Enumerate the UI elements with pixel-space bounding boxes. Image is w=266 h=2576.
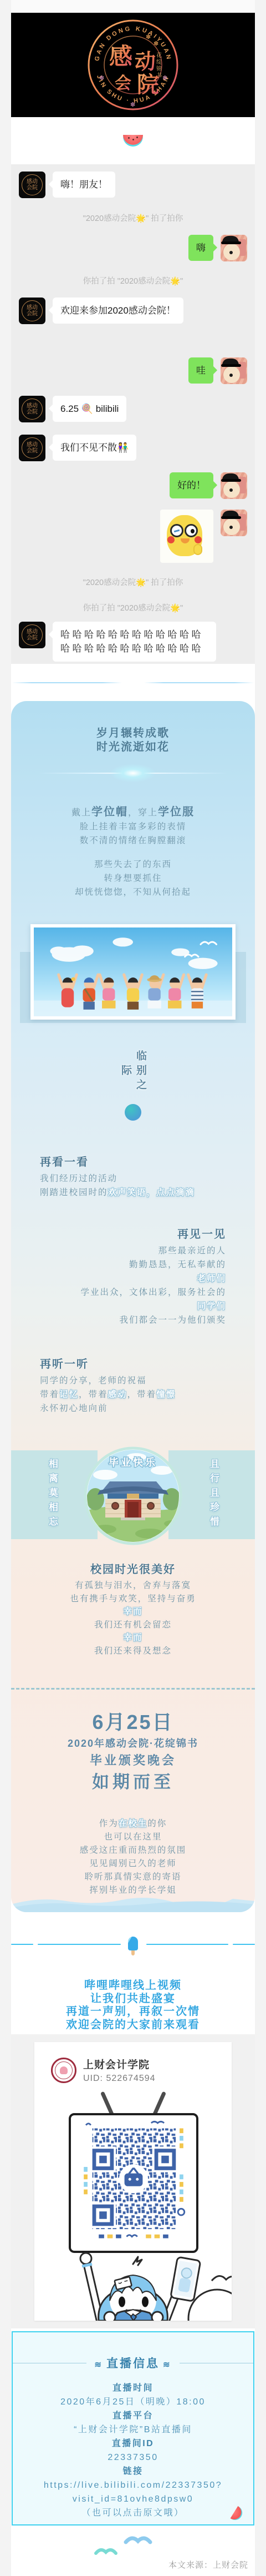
kids-waving-illustration <box>30 924 236 1020</box>
divider-line <box>144 682 254 683</box>
poster-line: 刚踏进校园时的欢声笑语，点点滴滴 <box>40 1186 226 1199</box>
qr-code[interactable] <box>71 2115 196 2251</box>
section-divider <box>11 664 255 701</box>
divider-line <box>12 682 122 683</box>
live-label: 直播时间 <box>13 2381 253 2395</box>
message-text: 欢迎来参加2020感动会院！ <box>60 305 176 316</box>
poster-line: 带着记忆，带着感动，带着憧憬 <box>40 1388 226 1402</box>
chat-bubble[interactable]: 嗨 <box>188 235 213 261</box>
chat-area: 感动会院 嗨！朋友！ "2020感动会院🌟" 拍了拍你 嗨 你拍了拍 "2020… <box>11 164 255 664</box>
divider-line <box>146 1944 228 1945</box>
live-label: 直播间ID <box>13 2437 253 2451</box>
event-gala: 毕业颁奖晚会 <box>11 1752 255 1770</box>
event-date: 6月25日 <box>11 1710 255 1735</box>
message-text: 哈哈哈哈哈哈哈哈哈哈哈哈哈哈哈哈哈哈哈哈哈哈哈哈 <box>60 629 203 654</box>
poster-line: 见见阔别已久的老师 <box>11 1857 255 1871</box>
org-uid: UID: 522674594 <box>83 2074 156 2084</box>
event-block: 6月25日 2020年感动会院·花绽锦书 毕业颁奖晚会 如期而至 <box>11 1710 255 1795</box>
message-text: 嗨！朋友！ <box>60 179 108 190</box>
group-avatar[interactable]: 感动会院 <box>19 622 45 648</box>
svg-text:✽: ✽ <box>162 75 167 82</box>
section-title: 再听一听 <box>40 1356 226 1373</box>
live-value: “上财会计学院”B站直播间 <box>13 2423 253 2437</box>
pat-system-message: "2020感动会院🌟" 拍了拍你 <box>19 212 247 224</box>
page-top-gap <box>11 0 255 13</box>
seal-char: 动 <box>135 51 156 74</box>
live-label: 直播平台 <box>13 2409 253 2423</box>
campus-circle-illustration: 毕业快乐 <box>83 1446 183 1546</box>
poster-line: 我们都会一一为他们颁奖 <box>40 1313 226 1327</box>
section-title: 再见一见 <box>40 1226 226 1243</box>
poster-line: 感受这庄重而热烈的氛围 <box>11 1844 255 1857</box>
graduation-poster-card: 岁月辗转成歌 时光流逝如花 戴上学位帽，穿上学位服 脸上挂着丰富多彩的表情 数不… <box>11 701 255 1912</box>
group-avatar[interactable]: 感动会院 <box>19 435 45 461</box>
chat-bubble[interactable]: 好的！ <box>170 472 213 498</box>
chat-message: 感动会院 哈哈哈哈哈哈哈哈哈哈哈哈哈哈哈哈哈哈哈哈哈哈哈哈 <box>19 622 247 662</box>
live-room-id: 22337350 <box>13 2451 253 2464</box>
poster-line: 那些失去了的东西 <box>11 858 255 871</box>
popsicle-divider-section <box>11 1912 255 1976</box>
article-page: GAN DONG KUAIYUAN JIN SHU · HUA ZHAN 感 动… <box>11 0 255 2576</box>
poster-line: 我们还来得及想念 <box>11 1645 255 1658</box>
pat-system-message: 你拍了拍 "2020感动会院🌟" <box>19 275 247 286</box>
user-avatar[interactable] <box>221 357 247 384</box>
message-text: 6.25 🍭 bilibili <box>60 404 119 414</box>
bilibili-announce: 哔哩哔哩线上视频 让我们共赴盛宴 再道一声别，再叙一次情 欢迎会院的大家前来观看 <box>11 1976 255 2034</box>
poster-opening: 岁月辗转成歌 时光流逝如花 <box>11 727 255 754</box>
right-vertical-text: 且行且珍惜 <box>207 1459 221 1531</box>
poster-line: 戴上学位帽，穿上学位服 <box>11 805 255 820</box>
popsicle-icon <box>128 1937 138 1955</box>
chat-message: 感动会院 我们不见不散👫 <box>19 435 247 461</box>
bird-icons <box>91 2531 175 2560</box>
bilibili-tv-qr-board <box>69 2113 198 2253</box>
poster-line: 也可以在这里 <box>11 1831 255 1844</box>
divider-line <box>233 1944 255 1945</box>
live-link[interactable]: visit_id=81ovhe8dpsw0 <box>13 2492 253 2506</box>
dashed-divider <box>11 1688 255 1690</box>
event-arrive: 如期而至 <box>11 1770 255 1795</box>
listen-section: 再听一听 同学的分享，老师的祝福 带着记忆，带着感动，带着憧憬 永怀初心地向前 <box>11 1356 255 1415</box>
chat-bubble[interactable]: 6.25 🍭 bilibili <box>53 396 126 422</box>
poster-line: 学业出众，文体出彩，服务社会的 <box>40 1286 226 1299</box>
tv-antenna-icon <box>152 2091 166 2116</box>
live-label: 链接 <box>13 2464 253 2478</box>
group-avatar[interactable]: 感动会院 <box>19 172 45 198</box>
wave-deco-icon: ≋ <box>91 2360 106 2370</box>
footer: 本文来源：上财会院 <box>11 2527 255 2576</box>
chat-message: 感动会院 6.25 🍭 bilibili <box>19 396 247 422</box>
pat-system-message: "2020感动会院🌟" 拍了拍你 <box>19 576 247 588</box>
seal-subtitle-text: 花绽锦书 <box>155 52 162 79</box>
chat-message: 好的！ <box>19 472 247 499</box>
mascot-girl-illustration <box>34 2247 232 2321</box>
farewell-vertical-title: 临别之际 <box>118 1045 148 1098</box>
poster-line: 脸上挂着丰富多彩的表情 <box>11 820 255 834</box>
gandong-seal-logo-icon: GAN DONG KUAIYUAN JIN SHU · HUA ZHAN 感 动… <box>86 18 180 112</box>
duck-sticker[interactable] <box>160 510 213 563</box>
poster-line: 转身想要抓住 <box>11 871 255 885</box>
message-text: 嗨 <box>196 243 206 253</box>
source-credit: 本文来源：上财会院 <box>168 2559 248 2570</box>
wave-deco-icon: ≋ <box>160 2360 175 2370</box>
announce-line: 再道一声别，再叙一次情 <box>11 2005 255 2019</box>
circle-title-text: 毕业快乐 <box>109 1456 157 1468</box>
school-seal-logo-icon <box>51 2058 76 2083</box>
pat-system-message: 你拍了拍 "2020感动会院🌟" <box>19 602 247 613</box>
chat-message-sticker <box>19 510 247 563</box>
event-name: 2020年感动会院·花绽锦书 <box>11 1735 255 1752</box>
photo-block <box>11 918 255 1024</box>
live-link[interactable]: https://live.bilibili.com/22337350? <box>13 2478 253 2492</box>
invite-block: 作为在校生的你 也可以在这里 感受这庄重而热烈的氛围 见见阔别已久的老师 聆听那… <box>11 1817 255 1897</box>
poster-line: 老师们 <box>40 1272 226 1286</box>
poster-line: 同学的分享，老师的祝福 <box>40 1374 226 1388</box>
tv-antenna-icon <box>100 2091 114 2116</box>
qr-card: 上财会计学院 UID: 522674594 <box>34 2042 232 2321</box>
campus-illustration-block: 相离莫相忘 且行且珍惜 <box>11 1446 255 1546</box>
message-text: 好的！ <box>177 480 206 491</box>
campus-time-section: 校园时光很美好 有孤独与泪水，舍弃与落寞 也有携手与欢笑，坚持与奋勇 幸而 我们… <box>11 1561 255 1657</box>
live-info-section: ≋直播信息≋ 直播时间 2020年6月25日（明晚）18:00 直播平台 “上财… <box>11 2328 255 2527</box>
banner: GAN DONG KUAIYUAN JIN SHU · HUA ZHAN 感 动… <box>11 13 255 117</box>
live-info-title: ≋直播信息≋ <box>86 2355 179 2371</box>
poster-line: 我们经历过的活动 <box>40 1172 226 1186</box>
svg-text:✽: ✽ <box>130 102 135 108</box>
poster-line: 那些最亲近的人 <box>40 1244 226 1258</box>
seal-char: 会 <box>115 74 131 93</box>
divider-line <box>11 1944 33 1945</box>
live-info-header: ≋直播信息≋ <box>13 2355 253 2371</box>
org-row: 上财会计学院 UID: 522674594 <box>51 2056 156 2084</box>
watermelon-divider <box>11 117 255 164</box>
avatar-seal-text: 感动会院 <box>26 179 38 191</box>
avatar-seal-text: 感动会院 <box>26 629 38 641</box>
poster-line: 同学们 <box>40 1299 226 1313</box>
poster-line: 有孤独与泪水，舍弃与落寞 <box>11 1579 255 1592</box>
poster-line: 岁月辗转成歌 <box>11 727 255 740</box>
avatar-seal-text: 感动会院 <box>26 305 38 317</box>
poster-line: 作为在校生的你 <box>11 1817 255 1831</box>
user-avatar[interactable] <box>221 472 247 499</box>
poster-line: 也有携手与欢笑，坚持与奋勇 <box>11 1592 255 1606</box>
chat-message: 感动会院 欢迎来参加2020感动会院！ <box>19 298 247 324</box>
message-text: 我们不见不散👫 <box>60 442 129 453</box>
poster-line: 幸而 <box>11 1631 255 1645</box>
chat-bubble[interactable]: 哈哈哈哈哈哈哈哈哈哈哈哈哈哈哈哈哈哈哈哈哈哈哈哈 <box>53 622 216 662</box>
lens-flare-icon <box>39 762 227 784</box>
chat-message: 感动会院 嗨！朋友！ <box>19 172 247 198</box>
svg-text:✽: ✽ <box>99 75 104 82</box>
live-note: （也可以点击原文哦） <box>13 2506 253 2520</box>
header-line <box>180 2363 253 2363</box>
chat-bubble[interactable]: 欢迎来参加2020感动会院！ <box>53 298 183 324</box>
chat-bubble[interactable]: 哇 <box>188 357 213 384</box>
chat-bubble[interactable]: 嗨！朋友！ <box>53 172 115 198</box>
group-avatar[interactable]: 感动会院 <box>19 396 45 422</box>
wave-decoration <box>11 1893 255 1912</box>
live-info-box: ≋直播信息≋ 直播时间 2020年6月25日（明晚）18:00 直播平台 “上财… <box>12 2331 254 2525</box>
meet-section: 再见一见 那些最亲近的人 勤勤恳恳，无私奉献的 老师们 学业出众，文体出彩，服务… <box>11 1226 255 1327</box>
live-info-rows: 直播时间 2020年6月25日（明晚）18:00 直播平台 “上财会计学院”B站… <box>13 2381 253 2520</box>
org-name: 上财会计学院 <box>83 2056 156 2071</box>
message-text: 哇 <box>196 365 206 376</box>
svg-text:✽: ✽ <box>154 41 158 47</box>
section-title: 再看一看 <box>40 1154 226 1171</box>
header-line <box>13 2363 86 2363</box>
avatar-seal-text: 感动会院 <box>26 442 38 454</box>
poster-line: 却恍恍惚惚，不知从何拾起 <box>11 885 255 899</box>
chat-message: 嗨 <box>19 235 247 261</box>
divider-line <box>38 1944 121 1945</box>
group-avatar[interactable]: 感动会院 <box>19 298 45 324</box>
poster-line: 勤勤恳恳，无私奉献的 <box>40 1258 226 1272</box>
qr-section: 上财会计学院 UID: 522674594 <box>11 2034 255 2328</box>
chat-bubble[interactable]: 我们不见不散👫 <box>53 435 136 461</box>
svg-text:✽: ✽ <box>146 34 151 41</box>
poster-line: 数不清的情绪在胸膛翻滚 <box>11 834 255 848</box>
poster-line: 幸而 <box>11 1605 255 1619</box>
poster-line: 时光流逝如花 <box>11 740 255 754</box>
chat-message: 哇 <box>19 357 247 384</box>
seal-char: 感 <box>109 44 132 70</box>
announce-line: 欢迎会院的大家前来观看 <box>11 2019 255 2032</box>
avatar-seal-text: 感动会院 <box>26 403 38 415</box>
watermelon-icon <box>123 135 143 145</box>
announce-line: 哔哩哔哩线上视频 <box>11 1979 255 1993</box>
announce-line: 让我们共赴盛宴 <box>11 1993 255 2006</box>
left-vertical-text: 相离莫相忘 <box>45 1459 59 1531</box>
poster-line: 聆听那真情实意的寄语 <box>11 1871 255 1884</box>
poster-line: 永怀初心地向前 <box>40 1402 226 1415</box>
user-avatar[interactable] <box>221 235 247 261</box>
look-section: 再看一看 我们经历过的活动 刚踏进校园时的欢声笑语，点点滴滴 <box>11 1154 255 1199</box>
section-title: 校园时光很美好 <box>11 1561 255 1578</box>
poster-line: 我们还有机会留恋 <box>11 1619 255 1632</box>
user-avatar[interactable] <box>221 510 247 536</box>
popsicle-divider <box>11 1937 255 1955</box>
live-value: 2020年6月25日（明晚）18:00 <box>13 2395 253 2409</box>
gradient-dot-icon <box>125 1104 141 1121</box>
